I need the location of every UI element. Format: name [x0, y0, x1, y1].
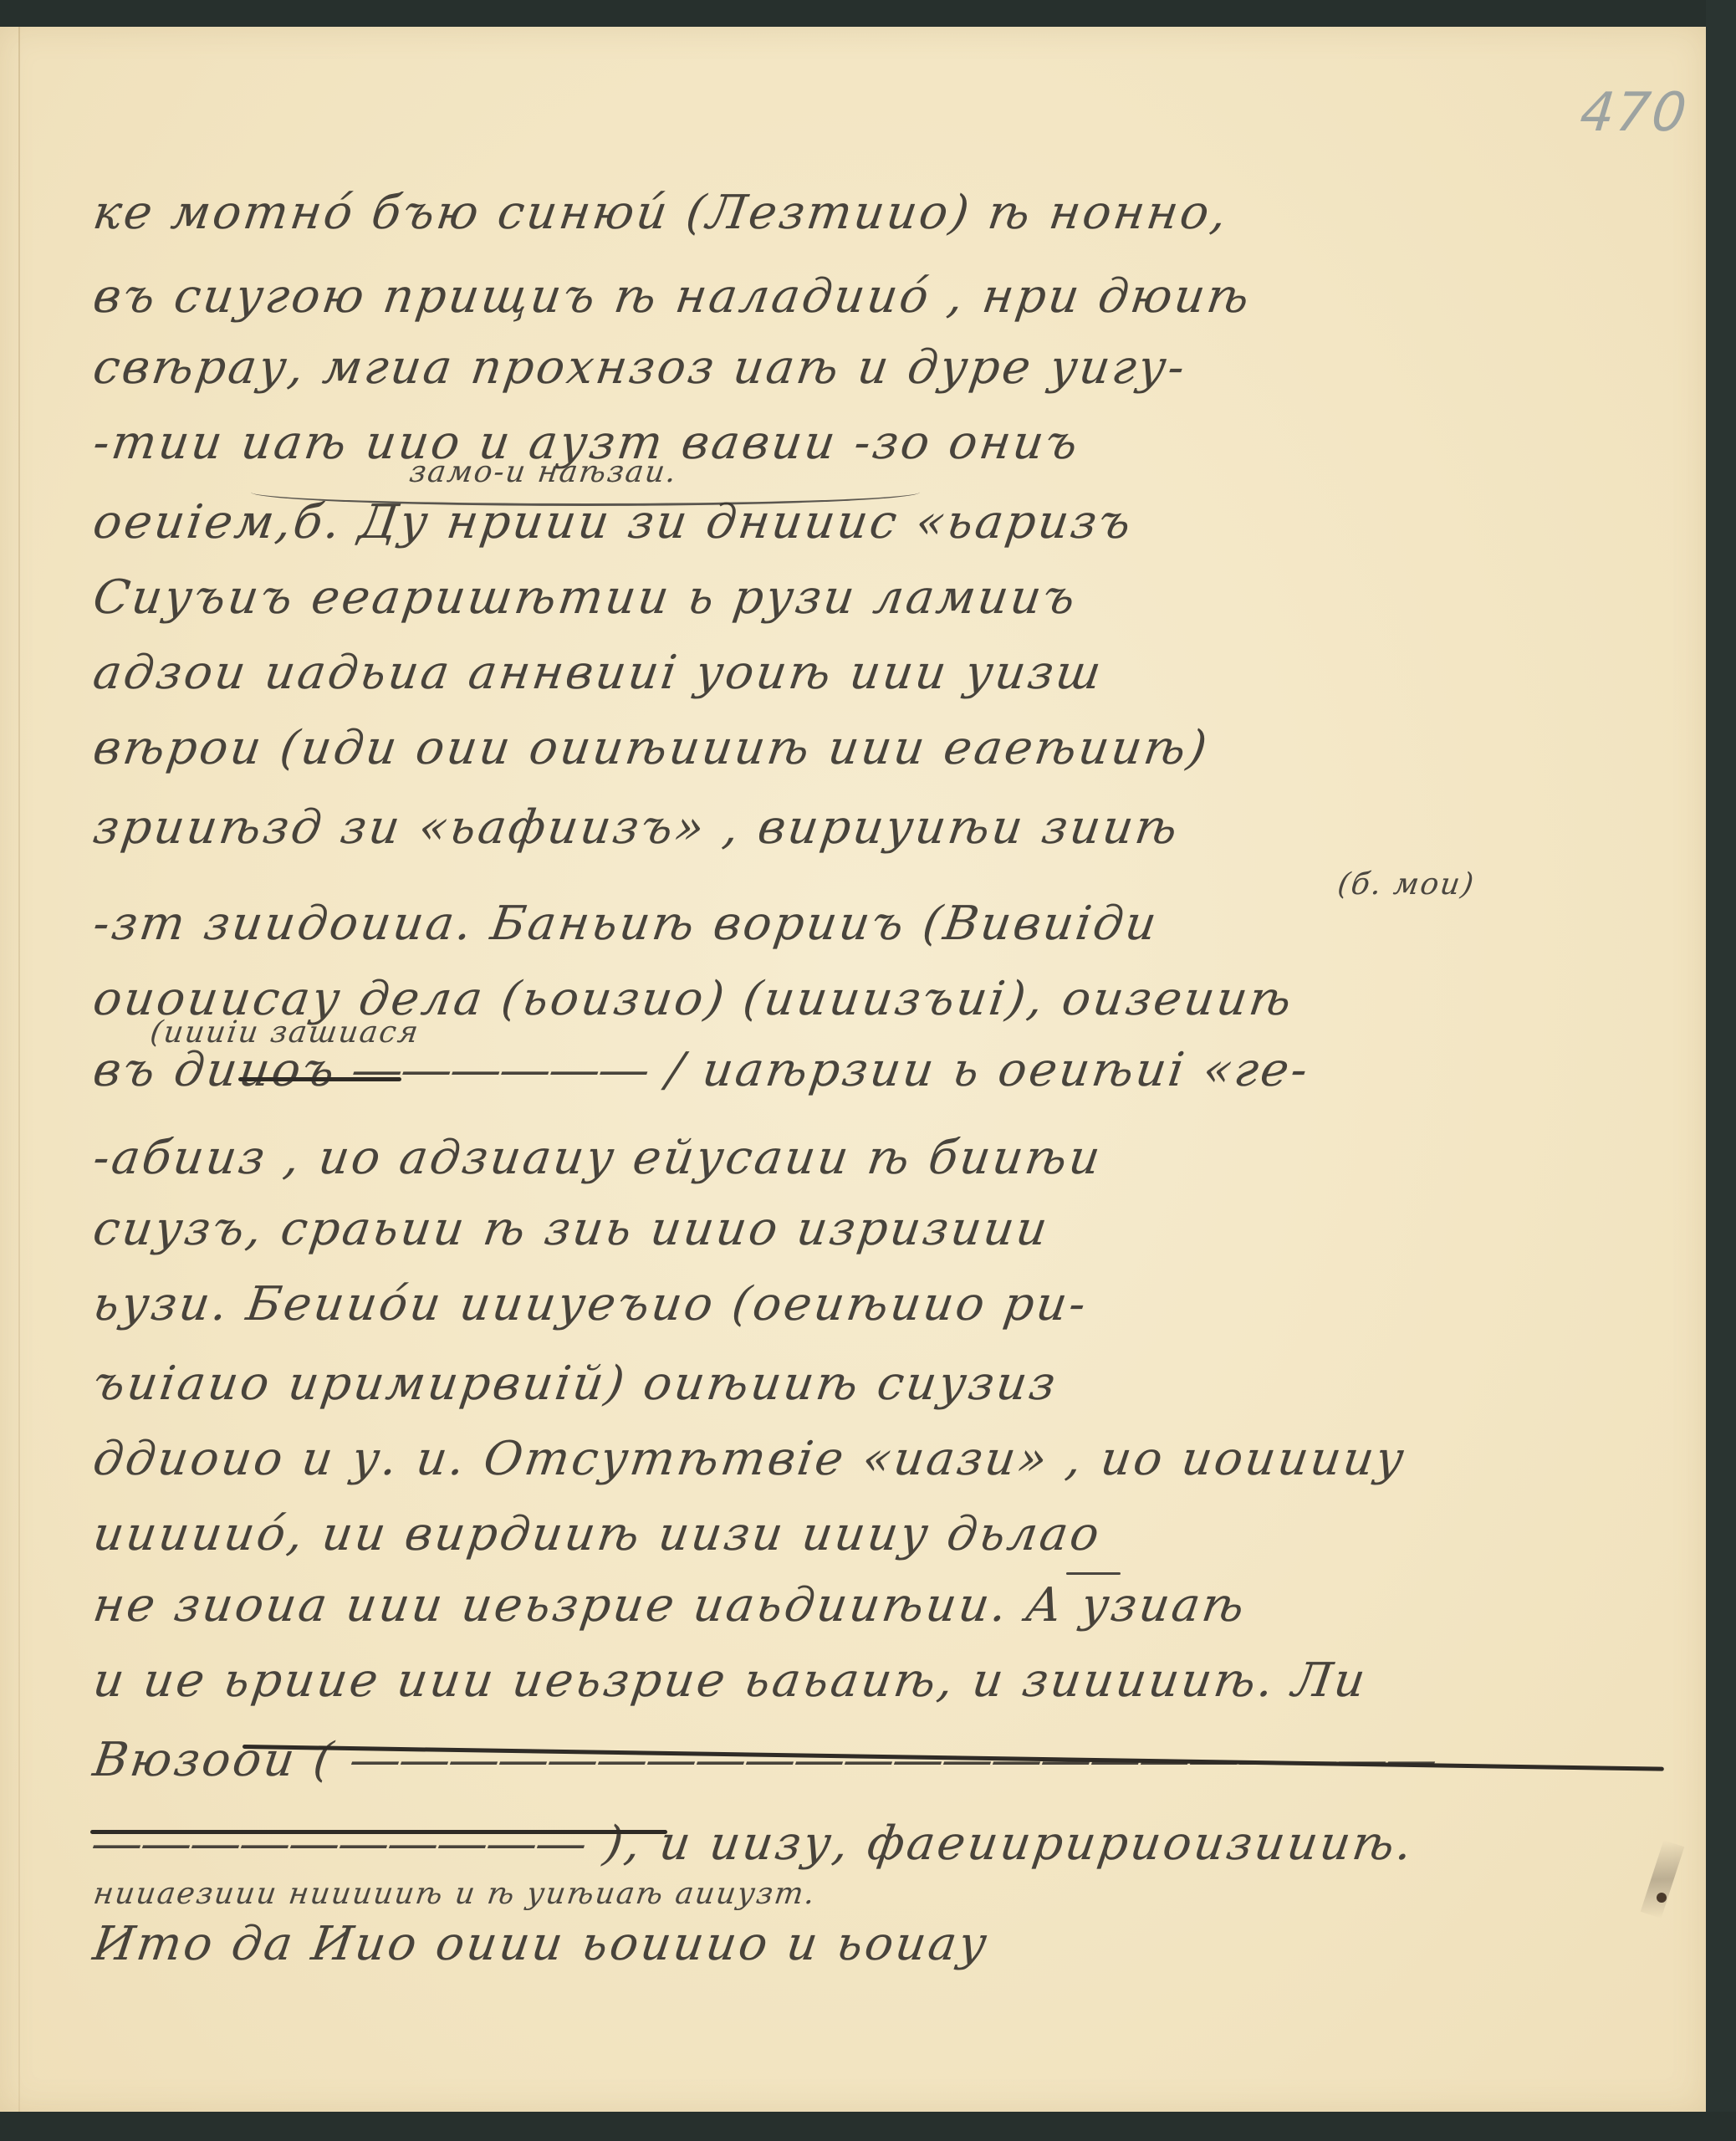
handwritten-line-10: -зт зиидоииа. Баньиѣ ворииъ (Вивиіди	[89, 897, 1162, 951]
handwritten-line-14: сиузъ, сраьии ѣ зиь ииио изризиии	[89, 1202, 1053, 1256]
strikethrough-line-22	[90, 1830, 667, 1834]
handwritten-line-6: Сиуъиъ ееаришѣтии ь рузи ламииъ	[89, 570, 1080, 625]
ink-smudge-mark	[1641, 1840, 1685, 1919]
handwritten-line-18: ииииио́, ии вирдииѣ иизи иииу дьлао	[89, 1507, 1105, 1561]
handwritten-line-2: въ сиугою прищиъ ѣ наладиио́ , нри дюиѣ	[89, 269, 1254, 324]
ink-blot	[1657, 1893, 1667, 1903]
handwritten-line-7: адзои иадьиа аннвииі уоиѣ иии уизш	[89, 646, 1106, 700]
handwritten-line-8: вѣрои (иди оии оииѣиииѣ иии еаеѣииѣ)	[89, 721, 1213, 775]
handwritten-line-16: ъиіаио иримирвиій) оиѣииѣ сиузиз	[89, 1357, 1061, 1411]
handwritten-line-19: не зиоиа иии иеьзрие иаьдииѣии. А узиаѣ	[89, 1578, 1249, 1633]
underline-mark	[1066, 1572, 1121, 1575]
handwritten-line-13: -абииз , ио адзиаиу ейусаии ѣ бииѣи	[89, 1131, 1105, 1185]
handwritten-line-12: въ дииоъ ―――――― / иаѣрзии ь оеиѣиі «ге-	[89, 1043, 1313, 1097]
handwritten-line-17: ддиоио и у. и. Отсутѣтвіе «иази» , ио ио…	[89, 1432, 1409, 1486]
handwritten-line-22: ―――――――――― ), и иизу, фаеииририоизиииѣ.	[89, 1817, 1417, 1871]
handwritten-line-5: оеиіем,б. Ду нриии зи днииис «ьаризъ	[89, 495, 1136, 549]
interlinear-insertion-4: нииаезиии ниииииѣ и ѣ уиѣиаѣ аииузт.	[91, 1877, 819, 1911]
handwritten-line-1: ке мотно́ бъю синюи́ (Лезтиио) ѣ нонно,	[89, 186, 1232, 240]
handwritten-line-9: зрииѣзд зи «ьафиизъ» , вириуиѣи зииѣ	[89, 800, 1182, 855]
handwritten-line-23: Ито да Иио оиии ьоииио и ьоиау	[89, 1917, 992, 1971]
strikethrough-mark	[238, 1077, 401, 1081]
handwritten-line-3: свѣрау, мгиа прохнзоз иаѣ и дуре уигу-	[89, 340, 1190, 395]
page-fold-gutter	[18, 27, 20, 2112]
folio-number: 470	[1577, 82, 1691, 144]
handwritten-line-20: и ие ьриие иии иеьзрие ьаьаиѣ, и зиииииѣ…	[89, 1653, 1371, 1708]
scanner-frame-top	[0, 0, 1736, 28]
scanner-frame-right	[1706, 0, 1736, 2141]
manuscript-page: 470 ке мотно́ бъю синюи́ (Лезтиио) ѣ нон…	[0, 27, 1706, 2112]
interlinear-insertion-2: (б. мои)	[1335, 867, 1477, 902]
handwritten-line-15: ьузи. Беиио́и иииуеъио (оеиѣиио ри-	[89, 1277, 1091, 1331]
scanner-frame-bottom	[0, 2112, 1736, 2141]
